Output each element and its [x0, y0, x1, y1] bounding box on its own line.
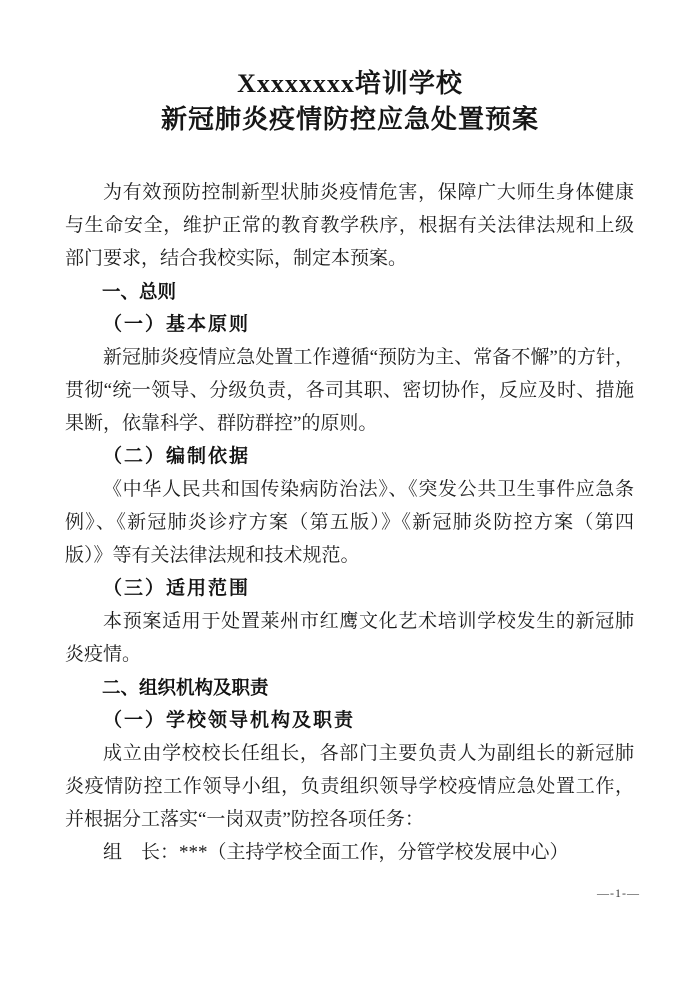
paragraph: 组 长：***（主持学校全面工作，分管学校发展中心） — [65, 836, 634, 869]
paragraph: 为有效预防控制新型状肺炎疫情危害，保障广大师生身体健康与生命安全，维护正常的教育… — [65, 176, 634, 275]
heading1-heading: 二、组织机构及职责 — [65, 671, 634, 704]
paragraph: 成立由学校校长任组长，各部门主要负责人为副组长的新冠肺炎疫情防控工作领导小组，负… — [65, 737, 634, 836]
title-line-1: Xxxxxxxx培训学校 — [0, 66, 700, 102]
paragraph: 《中华人民共和国传染病防治法》、《突发公共卫生事件应急条例》、《新冠肺炎诊疗方案… — [65, 473, 634, 572]
title-line-2: 新冠肺炎疫情防控应急处置预案 — [0, 102, 700, 138]
heading2-heading: （二）编制依据 — [65, 440, 634, 473]
page-number: —-1-— — [597, 886, 640, 901]
heading1-heading: 一、总则 — [65, 275, 634, 308]
heading2-heading: （一）基本原则 — [65, 308, 634, 341]
document-body: 为有效预防控制新型状肺炎疫情危害，保障广大师生身体健康与生命安全，维护正常的教育… — [65, 176, 634, 869]
paragraph: 本预案适用于处置莱州市红鹰文化艺术培训学校发生的新冠肺炎疫情。 — [65, 605, 634, 671]
document-title: Xxxxxxxx培训学校 新冠肺炎疫情防控应急处置预案 — [0, 0, 700, 138]
heading2-heading: （一）学校领导机构及职责 — [65, 704, 634, 737]
heading2-heading: （三）适用范围 — [65, 572, 634, 605]
document-page: Xxxxxxxx培训学校 新冠肺炎疫情防控应急处置预案 为有效预防控制新型状肺炎… — [0, 0, 700, 990]
paragraph: 新冠肺炎疫情应急处置工作遵循“预防为主、常备不懈”的方针，贯彻“统一领导、分级负… — [65, 341, 634, 440]
